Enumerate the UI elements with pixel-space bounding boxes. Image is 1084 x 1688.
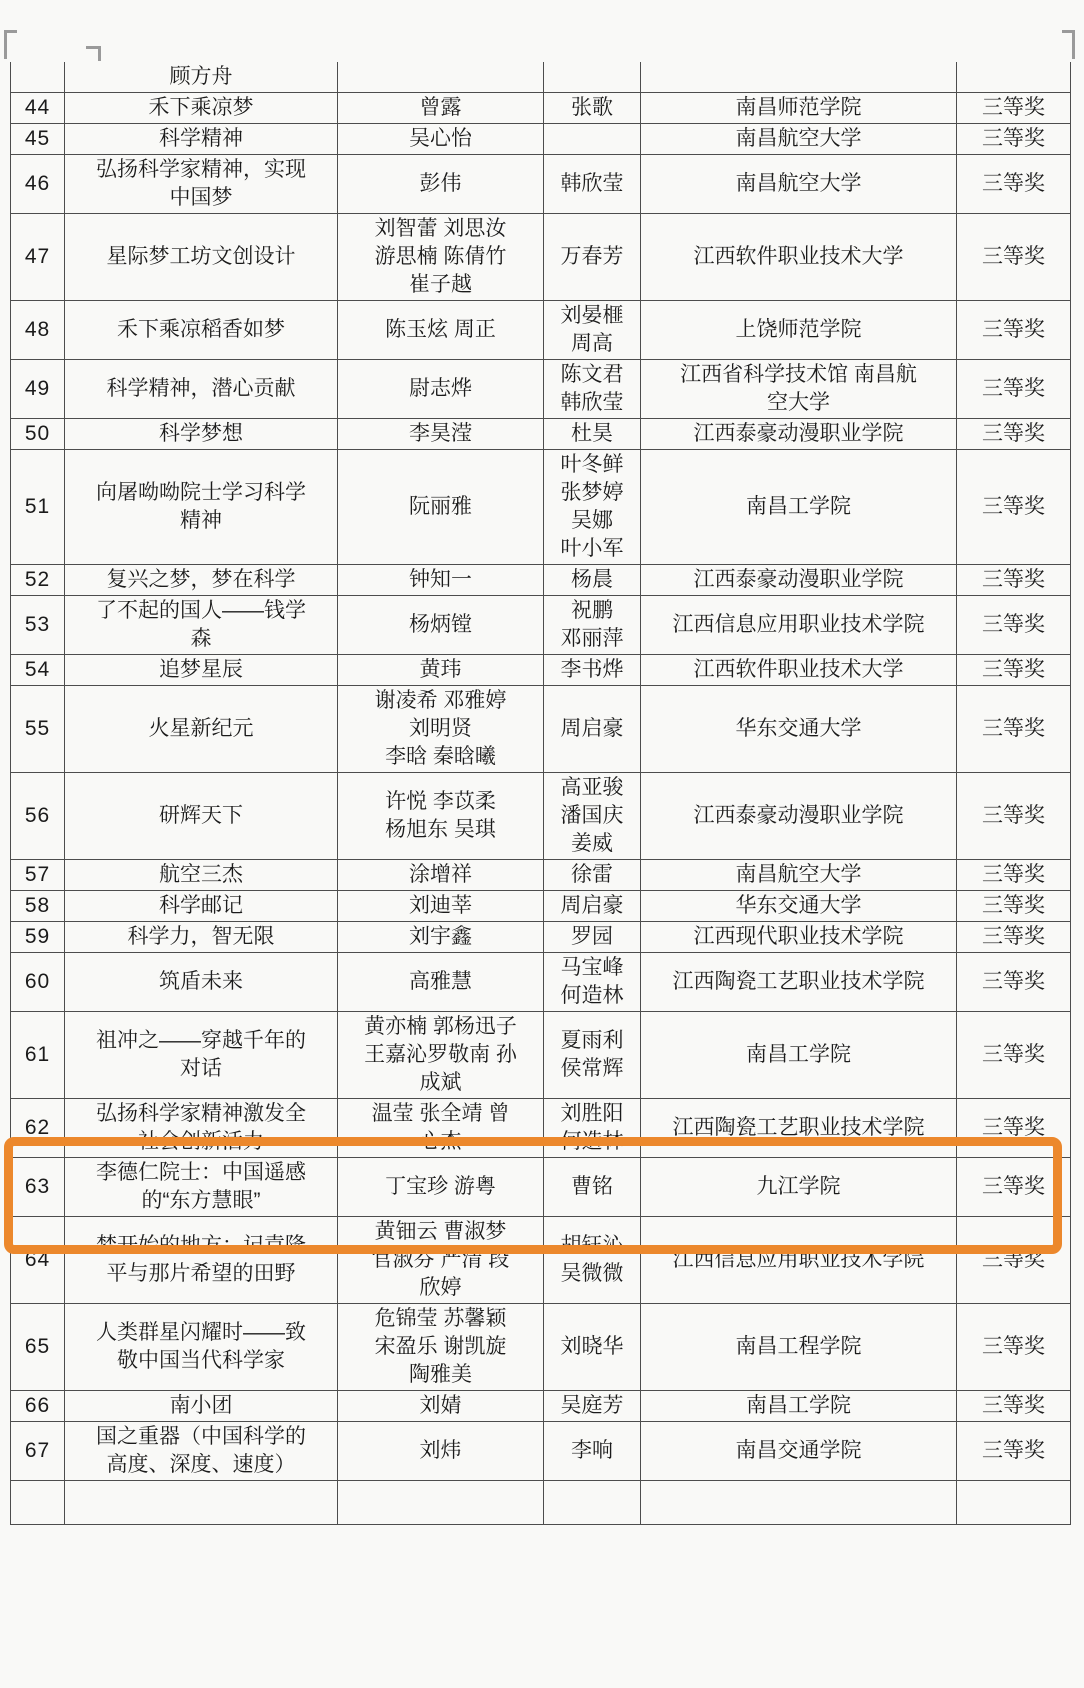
cell-title: 星际梦工坊文创设计 — [65, 214, 338, 301]
cell-no: 55 — [11, 686, 65, 773]
cell-title: 筑盾未来 — [65, 953, 338, 1012]
cell-no: 45 — [11, 124, 65, 155]
cell-advisor: 陈文君 韩欣莹 — [544, 360, 641, 419]
cell-authors: 刘迪莘 — [338, 891, 544, 922]
cell-title: 向屠呦呦院士学习科学 精神 — [65, 450, 338, 565]
cell-authors: 丁宝珍 游粤 — [338, 1158, 544, 1217]
cell-award: 三等奖 — [957, 596, 1071, 655]
cell-award: 三等奖 — [957, 891, 1071, 922]
cell-no: 54 — [11, 655, 65, 686]
cell-award: 三等奖 — [957, 155, 1071, 214]
cell-no: 49 — [11, 360, 65, 419]
cell-authors: 黄钿云 曹淑梦 官淑芬 严清 段 欣婷 — [338, 1217, 544, 1304]
table-row: 51向屠呦呦院士学习科学 精神阮丽雅叶冬鲜 张梦婷 吴娜 叶小军南昌工学院三等奖 — [11, 450, 1071, 565]
cell-advisor: 罗园 — [544, 922, 641, 953]
cell-title: 人类群星闪耀时——致 敬中国当代科学家 — [65, 1304, 338, 1391]
cell-award — [957, 62, 1071, 93]
table-row: 45科学精神吴心怡南昌航空大学三等奖 — [11, 124, 1071, 155]
cell-title: 航空三杰 — [65, 860, 338, 891]
cell-no: 65 — [11, 1304, 65, 1391]
table-row: 59科学力，智无限刘宇鑫罗园江西现代职业技术学院三等奖 — [11, 922, 1071, 953]
table-row: 60筑盾未来高雅慧马宝峰 何造林江西陶瓷工艺职业技术学院三等奖 — [11, 953, 1071, 1012]
cell-award: 三等奖 — [957, 360, 1071, 419]
cell-advisor: 杨晨 — [544, 565, 641, 596]
cell-no: 53 — [11, 596, 65, 655]
table-row: 50科学梦想李昊滢杜昊江西泰豪动漫职业学院三等奖 — [11, 419, 1071, 450]
cell-authors: 李昊滢 — [338, 419, 544, 450]
cell-authors: 许悦 李苡柔 杨旭东 吴琪 — [338, 773, 544, 860]
cell-no: 67 — [11, 1422, 65, 1481]
cell-title: 科学精神，潜心贡献 — [65, 360, 338, 419]
cell-advisor: 曹铭 — [544, 1158, 641, 1217]
cell-school: 江西陶瓷工艺职业技术学院 — [641, 953, 957, 1012]
cell-school: 南昌交通学院 — [641, 1422, 957, 1481]
cell-award: 三等奖 — [957, 1012, 1071, 1099]
cell-award: 三等奖 — [957, 922, 1071, 953]
cell-school: 南昌航空大学 — [641, 155, 957, 214]
cell-title — [65, 1481, 338, 1525]
stage: 顾方舟44禾下乘凉梦曾露张歌南昌师范学院三等奖45科学精神吴心怡南昌航空大学三等… — [0, 0, 1084, 1688]
cell-school: 华东交通大学 — [641, 891, 957, 922]
cell-authors — [338, 62, 544, 93]
cell-no — [11, 1481, 65, 1525]
cell-authors: 陈玉炫 周正 — [338, 301, 544, 360]
cell-advisor — [544, 124, 641, 155]
cell-authors — [338, 1481, 544, 1525]
cell-school: 南昌工学院 — [641, 450, 957, 565]
cell-award: 三等奖 — [957, 214, 1071, 301]
cell-no: 60 — [11, 953, 65, 1012]
cell-title: 追梦星辰 — [65, 655, 338, 686]
cell-title: 弘扬科学家精神激发全 社会创新活力 — [65, 1099, 338, 1158]
cell-title: 了不起的国人——钱学 森 — [65, 596, 338, 655]
cell-authors: 温莹 张全靖 曾 心杰 — [338, 1099, 544, 1158]
cell-advisor: 韩欣莹 — [544, 155, 641, 214]
table-row: 58科学邮记刘迪莘周启豪华东交通大学三等奖 — [11, 891, 1071, 922]
cell-advisor: 吴庭芳 — [544, 1391, 641, 1422]
cell-school: 江西泰豪动漫职业学院 — [641, 419, 957, 450]
cell-authors: 刘宇鑫 — [338, 922, 544, 953]
cell-authors: 黄玮 — [338, 655, 544, 686]
cell-title: 复兴之梦，梦在科学 — [65, 565, 338, 596]
awards-table: 顾方舟44禾下乘凉梦曾露张歌南昌师范学院三等奖45科学精神吴心怡南昌航空大学三等… — [10, 62, 1071, 1525]
table-row: 64梦开始的地方：记袁隆 平与那片希望的田野黄钿云 曹淑梦 官淑芬 严清 段 欣… — [11, 1217, 1071, 1304]
table-row: 44禾下乘凉梦曾露张歌南昌师范学院三等奖 — [11, 93, 1071, 124]
cell-no: 46 — [11, 155, 65, 214]
cell-school: 江西省科学技术馆 南昌航 空大学 — [641, 360, 957, 419]
cell-advisor: 刘胜阳 何造林 — [544, 1099, 641, 1158]
cell-no: 47 — [11, 214, 65, 301]
cell-authors: 彭伟 — [338, 155, 544, 214]
table-row: 47星际梦工坊文创设计刘智蕾 刘思汝 游思楠 陈倩竹 崔子越万春芳江西软件职业技… — [11, 214, 1071, 301]
cell-no: 58 — [11, 891, 65, 922]
cell-advisor — [544, 1481, 641, 1525]
cell-advisor: 马宝峰 何造林 — [544, 953, 641, 1012]
cell-title: 祖冲之——穿越千年的 对话 — [65, 1012, 338, 1099]
cell-no: 61 — [11, 1012, 65, 1099]
cell-school: 江西信息应用职业技术学院 — [641, 1217, 957, 1304]
cell-advisor: 刘晓华 — [544, 1304, 641, 1391]
cell-advisor: 李响 — [544, 1422, 641, 1481]
table-row: 52复兴之梦，梦在科学钟知一杨晨江西泰豪动漫职业学院三等奖 — [11, 565, 1071, 596]
cell-no: 63 — [11, 1158, 65, 1217]
cell-award: 三等奖 — [957, 1099, 1071, 1158]
cell-authors: 吴心怡 — [338, 124, 544, 155]
cell-school: 九江学院 — [641, 1158, 957, 1217]
table-row: 46弘扬科学家精神，实现 中国梦彭伟韩欣莹南昌航空大学三等奖 — [11, 155, 1071, 214]
cell-advisor: 叶冬鲜 张梦婷 吴娜 叶小军 — [544, 450, 641, 565]
cell-award: 三等奖 — [957, 419, 1071, 450]
cell-school: 江西泰豪动漫职业学院 — [641, 773, 957, 860]
cell-title: 禾下乘凉稻香如梦 — [65, 301, 338, 360]
table-row: 顾方舟 — [11, 62, 1071, 93]
cell-authors: 黄亦楠 郭杨迅子 王嘉沁罗敬南 孙 成斌 — [338, 1012, 544, 1099]
table-row: 55火星新纪元谢凌希 邓雅婷 刘明贤 李晗 秦晗曦周启豪华东交通大学三等奖 — [11, 686, 1071, 773]
cell-advisor: 祝鹏 邓丽萍 — [544, 596, 641, 655]
cell-advisor: 张歌 — [544, 93, 641, 124]
cell-authors: 尉志烨 — [338, 360, 544, 419]
cell-advisor: 周启豪 — [544, 686, 641, 773]
cell-authors: 阮丽雅 — [338, 450, 544, 565]
cell-award: 三等奖 — [957, 1158, 1071, 1217]
cell-title: 科学邮记 — [65, 891, 338, 922]
table-row: 65人类群星闪耀时——致 敬中国当代科学家危锦莹 苏馨颖 宋盈乐 谢凯旋 陶雅美… — [11, 1304, 1071, 1391]
cell-no: 64 — [11, 1217, 65, 1304]
table-row: 49科学精神，潜心贡献尉志烨陈文君 韩欣莹江西省科学技术馆 南昌航 空大学三等奖 — [11, 360, 1071, 419]
crop-mark-icon — [1062, 30, 1075, 59]
cell-school: 南昌航空大学 — [641, 860, 957, 891]
table-row: 67国之重器（中国科学的 高度、深度、速度）刘炜李响南昌交通学院三等奖 — [11, 1422, 1071, 1481]
cell-no: 59 — [11, 922, 65, 953]
cell-school: 江西软件职业技术大学 — [641, 214, 957, 301]
cell-no: 57 — [11, 860, 65, 891]
cell-award: 三等奖 — [957, 450, 1071, 565]
cell-school: 江西现代职业技术学院 — [641, 922, 957, 953]
cell-award: 三等奖 — [957, 1217, 1071, 1304]
table-row: 57航空三杰涂增祥徐雷南昌航空大学三等奖 — [11, 860, 1071, 891]
cell-school: 南昌工程学院 — [641, 1304, 957, 1391]
cell-school: 南昌航空大学 — [641, 124, 957, 155]
cell-no: 51 — [11, 450, 65, 565]
cell-authors: 刘智蕾 刘思汝 游思楠 陈倩竹 崔子越 — [338, 214, 544, 301]
cell-school: 江西陶瓷工艺职业技术学院 — [641, 1099, 957, 1158]
cell-advisor: 夏雨利 侯常辉 — [544, 1012, 641, 1099]
cell-title: 李德仁院士：中国遥感 的“东方慧眼” — [65, 1158, 338, 1217]
cell-school: 华东交通大学 — [641, 686, 957, 773]
table-row: 54追梦星辰黄玮李书烨江西软件职业技术大学三等奖 — [11, 655, 1071, 686]
cell-no: 48 — [11, 301, 65, 360]
cell-advisor — [544, 62, 641, 93]
cell-advisor: 周启豪 — [544, 891, 641, 922]
cell-title: 梦开始的地方：记袁隆 平与那片希望的田野 — [65, 1217, 338, 1304]
cell-title: 弘扬科学家精神，实现 中国梦 — [65, 155, 338, 214]
cell-school: 南昌工学院 — [641, 1012, 957, 1099]
cell-no: 62 — [11, 1099, 65, 1158]
table-row: 62弘扬科学家精神激发全 社会创新活力温莹 张全靖 曾 心杰刘胜阳 何造林江西陶… — [11, 1099, 1071, 1158]
cell-authors: 杨炳镗 — [338, 596, 544, 655]
cell-school: 南昌师范学院 — [641, 93, 957, 124]
cell-award: 三等奖 — [957, 773, 1071, 860]
cell-no: 56 — [11, 773, 65, 860]
cell-no: 50 — [11, 419, 65, 450]
cell-award: 三等奖 — [957, 1422, 1071, 1481]
cell-no: 66 — [11, 1391, 65, 1422]
cell-advisor: 刘晏榧 周高 — [544, 301, 641, 360]
cell-award: 三等奖 — [957, 860, 1071, 891]
cell-school: 江西信息应用职业技术学院 — [641, 596, 957, 655]
table-row: 56研辉天下许悦 李苡柔 杨旭东 吴琪高亚骏 潘国庆 姜威江西泰豪动漫职业学院三… — [11, 773, 1071, 860]
table-row — [11, 1481, 1071, 1525]
cell-award: 三等奖 — [957, 655, 1071, 686]
cell-advisor: 李书烨 — [544, 655, 641, 686]
awards-table-body: 顾方舟44禾下乘凉梦曾露张歌南昌师范学院三等奖45科学精神吴心怡南昌航空大学三等… — [11, 62, 1071, 1525]
cell-no: 52 — [11, 565, 65, 596]
cell-no — [11, 62, 65, 93]
cell-school: 江西泰豪动漫职业学院 — [641, 565, 957, 596]
cell-authors: 涂增祥 — [338, 860, 544, 891]
cell-title: 研辉天下 — [65, 773, 338, 860]
cell-title: 科学精神 — [65, 124, 338, 155]
cell-award: 三等奖 — [957, 565, 1071, 596]
cell-title: 火星新纪元 — [65, 686, 338, 773]
crop-mark-icon — [86, 46, 101, 61]
cell-award: 三等奖 — [957, 1391, 1071, 1422]
cell-title: 顾方舟 — [65, 62, 338, 93]
cell-authors: 谢凌希 邓雅婷 刘明贤 李晗 秦晗曦 — [338, 686, 544, 773]
cell-advisor: 徐雷 — [544, 860, 641, 891]
cell-school: 上饶师范学院 — [641, 301, 957, 360]
cell-advisor: 万春芳 — [544, 214, 641, 301]
cell-award: 三等奖 — [957, 124, 1071, 155]
cell-award: 三等奖 — [957, 93, 1071, 124]
cell-award — [957, 1481, 1071, 1525]
cell-authors: 钟知一 — [338, 565, 544, 596]
table-row: 63李德仁院士：中国遥感 的“东方慧眼”丁宝珍 游粤曹铭九江学院三等奖 — [11, 1158, 1071, 1217]
cell-title: 南小团 — [65, 1391, 338, 1422]
cell-authors: 刘炜 — [338, 1422, 544, 1481]
cell-school — [641, 1481, 957, 1525]
cell-no: 44 — [11, 93, 65, 124]
cell-award: 三等奖 — [957, 1304, 1071, 1391]
cell-award: 三等奖 — [957, 301, 1071, 360]
cell-title: 国之重器（中国科学的 高度、深度、速度） — [65, 1422, 338, 1481]
cell-advisor: 胡钰沁 吴微微 — [544, 1217, 641, 1304]
cell-school: 南昌工学院 — [641, 1391, 957, 1422]
cell-authors: 刘婧 — [338, 1391, 544, 1422]
cell-advisor: 高亚骏 潘国庆 姜威 — [544, 773, 641, 860]
cell-authors: 危锦莹 苏馨颖 宋盈乐 谢凯旋 陶雅美 — [338, 1304, 544, 1391]
table-row: 53了不起的国人——钱学 森杨炳镗祝鹏 邓丽萍江西信息应用职业技术学院三等奖 — [11, 596, 1071, 655]
cell-award: 三等奖 — [957, 953, 1071, 1012]
cell-title: 禾下乘凉梦 — [65, 93, 338, 124]
cell-award: 三等奖 — [957, 686, 1071, 773]
cell-school: 江西软件职业技术大学 — [641, 655, 957, 686]
cell-school — [641, 62, 957, 93]
table-row: 66南小团刘婧吴庭芳南昌工学院三等奖 — [11, 1391, 1071, 1422]
table-row: 61祖冲之——穿越千年的 对话黄亦楠 郭杨迅子 王嘉沁罗敬南 孙 成斌夏雨利 侯… — [11, 1012, 1071, 1099]
cell-authors: 高雅慧 — [338, 953, 544, 1012]
cell-advisor: 杜昊 — [544, 419, 641, 450]
cell-title: 科学力，智无限 — [65, 922, 338, 953]
cell-authors: 曾露 — [338, 93, 544, 124]
cell-title: 科学梦想 — [65, 419, 338, 450]
table-row: 48禾下乘凉稻香如梦陈玉炫 周正刘晏榧 周高上饶师范学院三等奖 — [11, 301, 1071, 360]
crop-mark-icon — [4, 30, 17, 59]
